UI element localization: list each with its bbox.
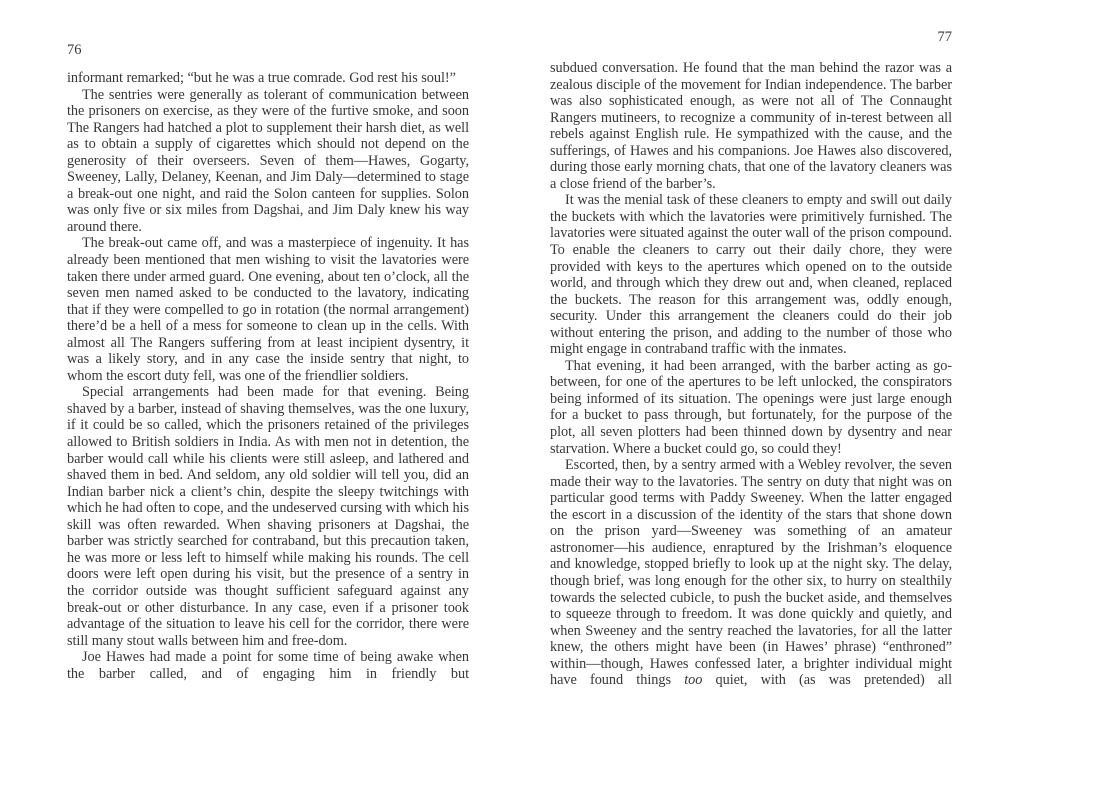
page-number-left: 76 bbox=[67, 42, 82, 59]
page-number-right: 77 bbox=[938, 29, 953, 46]
paragraph-tail: quiet, with (as was pretended) all bbox=[702, 672, 952, 688]
left-page-body: informant remarked; “but he was a true c… bbox=[67, 70, 469, 682]
italic-word: too bbox=[684, 672, 702, 688]
paragraph: That evening, it had been arranged, with… bbox=[550, 358, 952, 457]
paragraph: Escorted, then, by a sentry armed with a… bbox=[550, 457, 952, 689]
paragraph-text: Escorted, then, by a sentry armed with a… bbox=[550, 457, 952, 688]
paragraph: subdued conversation. He found that the … bbox=[550, 60, 952, 192]
paragraph: It was the menial task of these cleaners… bbox=[550, 192, 952, 357]
paragraph: The break-out came off, and was a master… bbox=[67, 235, 469, 384]
right-page-body: subdued conversation. He found that the … bbox=[550, 60, 952, 689]
paragraph: Joe Hawes had made a point for some time… bbox=[67, 649, 469, 682]
paragraph: Special arrangements had been made for t… bbox=[67, 384, 469, 649]
paragraph: The sentries were generally as tolerant … bbox=[67, 87, 469, 236]
paragraph: informant remarked; “but he was a true c… bbox=[67, 70, 469, 87]
